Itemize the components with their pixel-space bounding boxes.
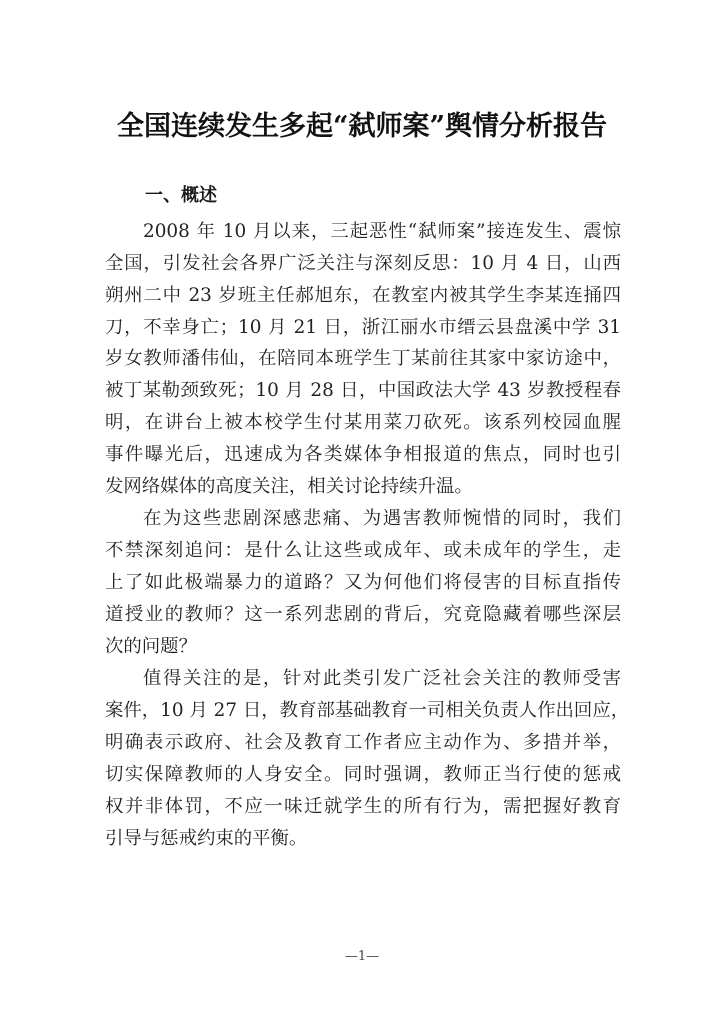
paragraph-1-line: 发网络媒体的高度关注，相关讨论持续升温。 [105, 475, 621, 499]
paragraph-2-line: 在为这些悲剧深感悲痛、为遇害教师惋惜的同时，我们 [143, 507, 621, 531]
paragraph-1-line: 刀，不幸身亡；10 月 21 日，浙江丽水市缙云县盘溪中学 31 [105, 316, 621, 340]
page-number: —1— [0, 949, 724, 964]
document-title: 全国连续发生多起“弑师案”舆情分析报告 [0, 104, 724, 143]
document-page: 全国连续发生多起“弑师案”舆情分析报告 一、概述 2008 年 10 月以来，三… [0, 0, 724, 1024]
paragraph-2-line: 次的问题？ [105, 635, 621, 659]
paragraph-2-line: 不禁深刻追问：是什么让这些或成年、或未成年的学生，走 [105, 539, 621, 563]
paragraph-1-line: 明，在讲台上被本校学生付某用菜刀砍死。该系列校园血腥 [105, 411, 621, 435]
paragraph-2-line: 上了如此极端暴力的道路？又为何他们将侵害的目标直指传 [105, 571, 621, 595]
paragraph-1-line: 事件曝光后，迅速成为各类媒体争相报道的焦点，同时也引 [105, 443, 621, 467]
paragraph-3-line: 切实保障教师的人身安全。同时强调，教师正当行使的惩戒 [105, 763, 621, 787]
paragraph-1-line: 全国，引发社会各界广泛关注与深刻反思：10 月 4 日，山西 [105, 252, 621, 276]
paragraph-1-line: 2008 年 10 月以来，三起恶性“弑师案”接连发生、震惊 [143, 220, 621, 244]
paragraph-1-line: 被丁某勒颈致死；10 月 28 日，中国政法大学 43 岁教授程春 [105, 379, 621, 403]
paragraph-3-line: 权并非体罚，不应一味迁就学生的所有行为，需把握好教育 [105, 795, 621, 819]
paragraph-3-line: 明确表示政府、社会及教育工作者应主动作为、多措并举， [105, 731, 621, 755]
paragraph-3-line: 案件，10 月 27 日，教育部基础教育一司相关负责人作出回应， [105, 699, 621, 723]
paragraph-3-line: 值得关注的是，针对此类引发广泛社会关注的教师受害 [143, 667, 621, 691]
paragraph-1-line: 朔州二中 23 岁班主任郝旭东，在教室内被其学生李某连捅四 [105, 284, 621, 308]
paragraph-3-line: 引导与惩戒约束的平衡。 [105, 827, 621, 851]
paragraph-1-line: 岁女教师潘伟仙，在陪同本班学生丁某前往其家中家访途中， [105, 347, 621, 371]
section-heading: 一、概述 [145, 181, 217, 207]
paragraph-2-line: 道授业的教师？这一系列悲剧的背后，究竟隐藏着哪些深层 [105, 603, 621, 627]
